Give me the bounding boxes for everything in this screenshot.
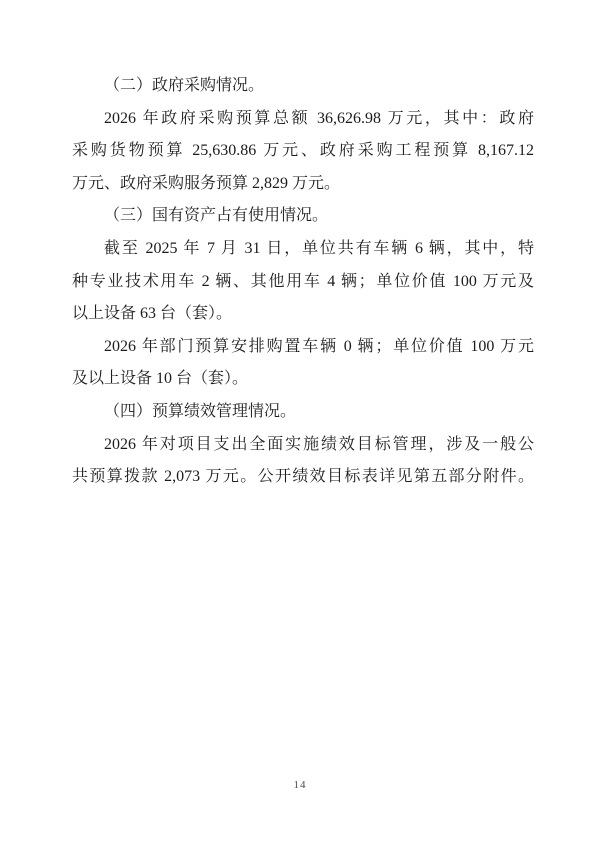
paragraph-line: 种专业技术用车 2 辆、其他用车 4 辆；单位价值 100 万元及 xyxy=(72,266,534,299)
document-body: （二）政府采购情况。 2026 年政府采购预算总额 36,626.98 万元，其… xyxy=(72,70,534,494)
paragraph-line: 2026 年对项目支出全面实施绩效目标管理，涉及一般公 xyxy=(72,429,534,462)
section-heading-budget-performance: （四）预算绩效管理情况。 xyxy=(72,396,534,429)
paragraph-line: 及以上设备 10 台（套）。 xyxy=(72,363,534,396)
paragraph-line: 2026 年部门预算安排购置车辆 0 辆；单位价值 100 万元 xyxy=(72,331,534,364)
page-number: 14 xyxy=(0,778,600,792)
paragraph-line: 共预算拨款 2,073 万元。公开绩效目标表详见第五部分附件。 xyxy=(72,461,534,494)
paragraph-line: 2026 年政府采购预算总额 36,626.98 万元，其中：政府 xyxy=(72,103,534,136)
section-heading-gov-procurement: （二）政府采购情况。 xyxy=(72,70,534,103)
paragraph-line: 万元、政府采购服务预算 2,829 万元。 xyxy=(72,168,534,201)
paragraph-line: 截至 2025 年 7 月 31 日，单位共有车辆 6 辆，其中，特 xyxy=(72,233,534,266)
document-page: （二）政府采购情况。 2026 年政府采购预算总额 36,626.98 万元，其… xyxy=(0,0,600,848)
section-heading-state-assets: （三）国有资产占有使用情况。 xyxy=(72,200,534,233)
paragraph-line: 以上设备 63 台（套）。 xyxy=(72,298,534,331)
paragraph-line: 采购货物预算 25,630.86 万元、政府采购工程预算 8,167.12 xyxy=(72,135,534,168)
